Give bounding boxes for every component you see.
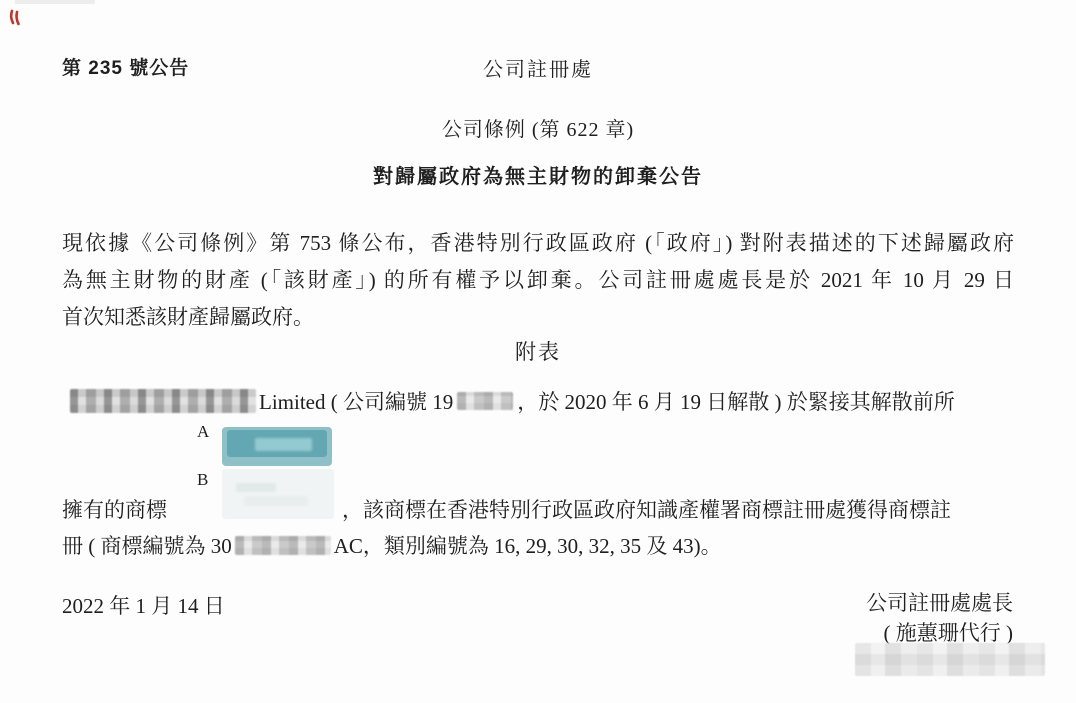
- red-ink-mark-icon: [8, 9, 22, 27]
- registry-name: 公司註冊處: [0, 53, 1076, 82]
- body-line-2: 為無主財物的財產 (「該財產」) 的所有權予以卸棄。公司註冊處處長是於 2021…: [62, 262, 1014, 299]
- trademark-line1-prefix: 擁有的商標: [62, 494, 167, 524]
- trademark-number-redaction: [235, 536, 331, 555]
- trademark-number-line: 冊 ( 商標編號為 30 AC，類別編號為 16, 29, 30, 32, 35…: [62, 530, 722, 560]
- trademark-image-b-blur-2: [244, 496, 308, 506]
- company-description-line: Limited ( 公司編號 19 ，於 2020 年 6 月 19 日解散 )…: [70, 386, 955, 416]
- trademark-image-b-redacted: [222, 469, 334, 519]
- body-paragraph: 現依據《公司條例》第 753 條公布，香港特別行政區政府 (「政府」) 對附表描…: [62, 225, 1014, 336]
- trademark-image-b-blur-1: [236, 483, 276, 492]
- scan-artifact-strip: [15, 0, 95, 4]
- schedule-heading: 附表: [0, 336, 1076, 366]
- trademark-item-label-b: B: [197, 470, 208, 490]
- trademark-line2-suffix: AC，類別編號為 16, 29, 30, 32, 35 及 43)。: [334, 530, 722, 560]
- trademark-item-label-a: A: [197, 422, 209, 442]
- trademark-line1-suffix: ，該商標在香港特別行政區政府知識產權署商標註冊處獲得商標註: [342, 494, 951, 524]
- notice-title: 對歸屬政府為無主財物的卸棄公告: [0, 160, 1076, 189]
- company-number-redaction: [457, 392, 513, 410]
- signature-block: 公司註冊處處長 ( 施蕙珊代行 ): [866, 588, 1013, 648]
- watermark-redaction: [855, 643, 1045, 676]
- company-name-redaction: [70, 389, 256, 413]
- trademark-image-a-redacted: [222, 427, 332, 466]
- body-line-3: 首次知悉該財產歸屬政府。: [62, 299, 1014, 336]
- notice-date: 2022 年 1 月 14 日: [62, 590, 225, 620]
- company-line-text-1: Limited ( 公司編號 19: [259, 386, 453, 416]
- trademark-image-a-blur: [255, 438, 312, 451]
- trademark-line2-prefix: 冊 ( 商標編號為 30: [62, 530, 232, 560]
- ordinance-reference: 公司條例 (第 622 章): [0, 113, 1076, 142]
- gazette-notice-page: 第 235 號公告 公司註冊處 公司條例 (第 622 章) 對歸屬政府為無主財…: [0, 0, 1076, 703]
- body-line-1: 現依據《公司條例》第 753 條公布，香港特別行政區政府 (「政府」) 對附表描…: [62, 225, 1014, 262]
- company-line-text-2: ，於 2020 年 6 月 19 日解散 ) 於緊接其解散前所: [517, 386, 955, 416]
- signer-title: 公司註冊處處長: [866, 588, 1013, 618]
